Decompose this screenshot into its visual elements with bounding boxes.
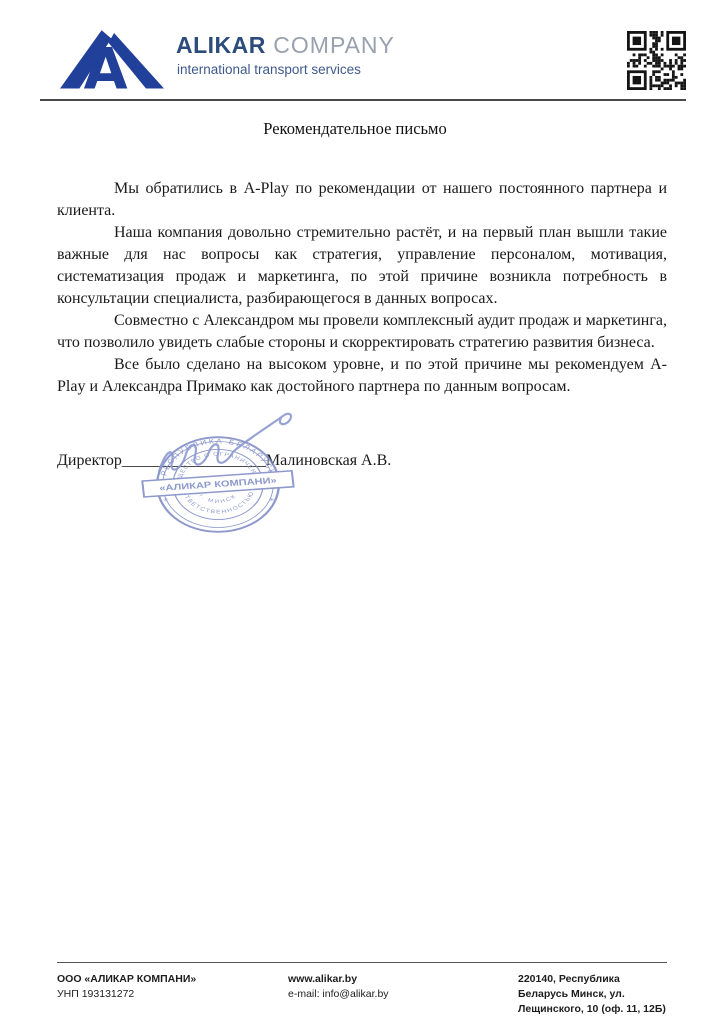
stamp-star-right: ✳ — [269, 497, 275, 503]
footer-company-name: ООО «АЛИКАР КОМПАНИ» — [57, 972, 196, 987]
paragraph: Совместно с Александром мы провели компл… — [57, 310, 667, 354]
footer-address-block: 220140, Республика Беларусь Минск, ул. Л… — [518, 972, 670, 1017]
footer-company-block: ООО «АЛИКАР КОМПАНИ» УНП 193131272 — [57, 972, 196, 1002]
brand-secondary: COMPANY — [266, 32, 395, 58]
letterhead: A ALIKAR COMPANY international transport… — [0, 0, 724, 102]
letter-page: { "header": { "logo_icon": "alikar-road-… — [0, 0, 724, 1024]
brand-primary: ALIKAR — [176, 32, 266, 58]
footer-contact-block: www.alikar.by e-mail: info@alikar.by — [288, 972, 389, 1002]
brand-name: ALIKAR COMPANY — [176, 32, 395, 59]
svg-text:A: A — [84, 36, 128, 94]
handwritten-signature-icon — [147, 408, 312, 490]
letter-body: Мы обратились в A-Play по рекомендации о… — [57, 178, 667, 398]
paragraph: Наша компания довольно стремительно раст… — [57, 222, 667, 310]
stamp-city-text: г. МИНСК — [197, 493, 238, 504]
alikar-road-a-logo: A — [60, 24, 164, 94]
brand-tagline: international transport services — [177, 62, 361, 77]
svg-text:г. МИНСК: г. МИНСК — [197, 493, 238, 504]
stamp-star-left: ✳ — [163, 497, 169, 503]
paragraph: Мы обратились в A-Play по рекомендации о… — [57, 178, 667, 222]
signer-role: Директор — [57, 452, 122, 469]
footer-website: www.alikar.by — [288, 972, 389, 987]
header-divider — [40, 99, 686, 101]
letter-title: Рекомендательное письмо — [57, 119, 653, 139]
footer-divider — [57, 962, 667, 963]
footer: ООО «АЛИКАР КОМПАНИ» УНП 193131272 www.a… — [0, 970, 724, 1024]
paragraph: Все было сделано на высоком уровне, и по… — [57, 354, 667, 398]
qr-code-icon — [627, 31, 686, 90]
footer-unp: УНП 193131272 — [57, 987, 196, 1002]
footer-email: e-mail: info@alikar.by — [288, 987, 389, 1002]
